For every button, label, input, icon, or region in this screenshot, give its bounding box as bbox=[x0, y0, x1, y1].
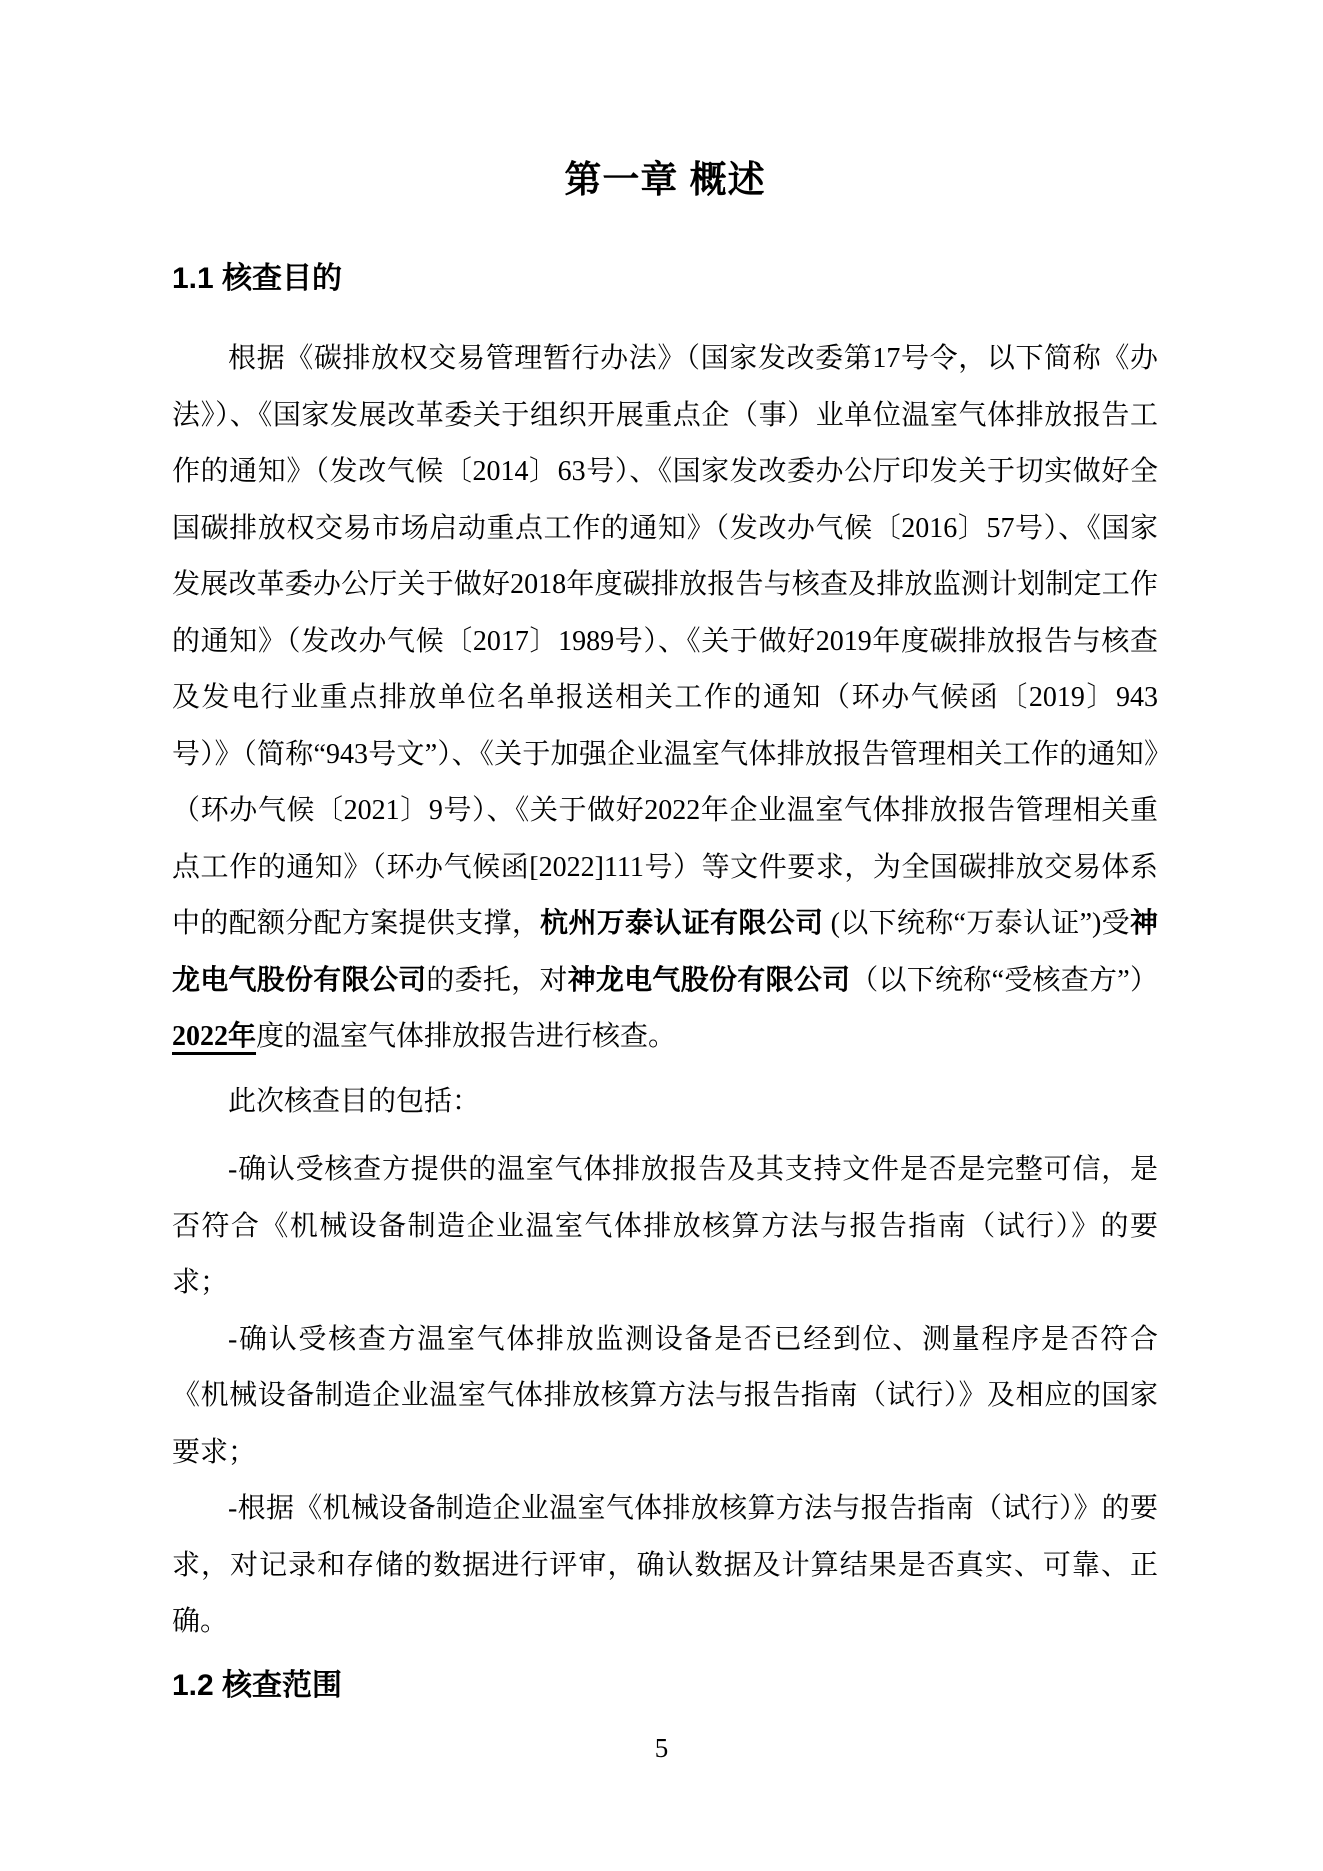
section-heading-1-2: 1.2 核查范围 bbox=[172, 1665, 1158, 1707]
text-segment: 的委托，对 bbox=[426, 965, 567, 996]
text-segment: 杭州万泰认证有限公司 bbox=[540, 908, 823, 939]
section-heading-1-1: 1.1 核查目的 bbox=[172, 258, 1158, 300]
purpose-item-2: -确认受核查方温室气体排放监测设备是否已经到位、测量程序是否符合《机械设备制造企… bbox=[172, 1312, 1158, 1482]
text-segment: 2022年 bbox=[172, 1021, 256, 1052]
text-segment: （以下统称“受核查方”） bbox=[850, 965, 1158, 996]
paragraph-verification-basis: 根据《碳排放权交易管理暂行办法》（国家发改委第17号令，以下简称《办法》）、《国… bbox=[172, 331, 1158, 1066]
purpose-item-3: -根据《机械设备制造企业温室气体排放核算方法与报告指南（试行）》的要求，对记录和… bbox=[172, 1481, 1158, 1651]
document-page: 第一章 概述 1.1 核查目的 根据《碳排放权交易管理暂行办法》（国家发改委第1… bbox=[0, 0, 1323, 1871]
purpose-item-1: -确认受核查方提供的温室气体排放报告及其支持文件是否是完整可信，是否符合《机械设… bbox=[172, 1142, 1158, 1312]
text-segment: (以下统称“万泰认证”)受 bbox=[823, 908, 1130, 939]
text-segment: 根据《碳排放权交易管理暂行办法》（国家发改委第17号令，以下简称《办法》）、《国… bbox=[172, 343, 1158, 939]
page-content: 第一章 概述 1.1 核查目的 根据《碳排放权交易管理暂行办法》（国家发改委第1… bbox=[172, 0, 1158, 1707]
page-number: 5 bbox=[0, 1733, 1323, 1763]
chapter-title: 第一章 概述 bbox=[172, 0, 1158, 208]
text-segment: 神龙电气股份有限公司 bbox=[568, 965, 851, 996]
paragraph-purpose-lead: 此次核查目的包括： bbox=[172, 1074, 1158, 1131]
text-segment: 度的温室气体排放报告进行核查。 bbox=[256, 1021, 676, 1052]
